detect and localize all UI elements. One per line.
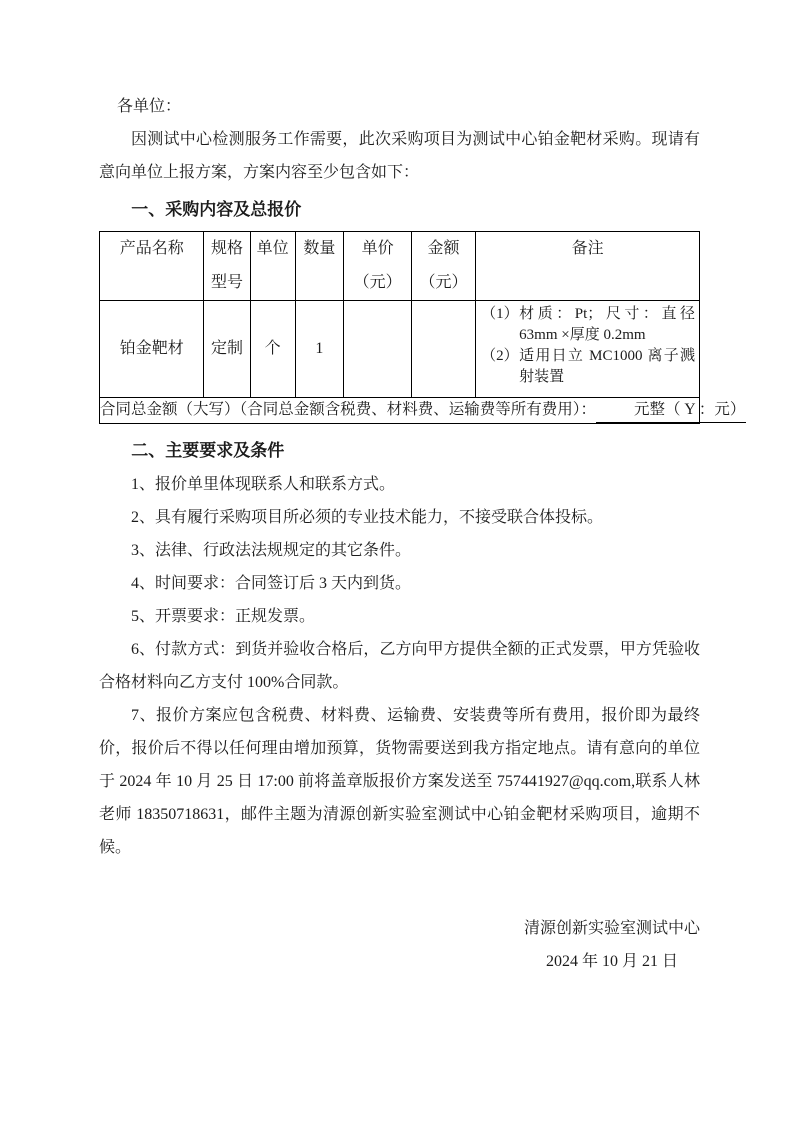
header-spec-model: 规格 型号 [204, 232, 250, 301]
header-unit: 单位 [250, 232, 295, 301]
contract-total-label: 合同总金额（大写）（合同总金额含税费、材料费、运输费等所有费用）： [100, 401, 596, 418]
cell-unit: 个 [250, 301, 295, 398]
cell-product-name: 铂金靶材 [100, 301, 204, 398]
intro-paragraph: 因测试中心检测服务工作需要，此次采购项目为测试中心铂金靶材采购。现请有意向单位上… [99, 123, 700, 189]
cell-spec-model: 定制 [204, 301, 250, 398]
requirement-item-1: 1、报价单里体现联系人和联系方式。 [99, 468, 700, 501]
requirement-item-7: 7、报价方案应包含税费、材料费、运输费、安装费等所有费用，报价即为最终价，报价后… [99, 699, 700, 864]
requirement-item-6: 6、付款方式：到货并验收合格后，乙方向甲方提供全额的正式发票，甲方凭验收合格材料… [99, 633, 700, 699]
document-page: 各单位： 因测试中心检测服务工作需要，此次采购项目为测试中心铂金靶材采购。现请有… [0, 0, 793, 1122]
remark-item-1: （1）材质：Pt；尺寸：直径 63mm ×厚度 0.2mm [481, 304, 695, 346]
remark-marker-2: （2） [481, 346, 519, 367]
cell-quantity: 1 [295, 301, 344, 398]
requirement-item-2: 2、具有履行采购项目所必须的专业技术能力，不接受联合体投标。 [99, 501, 700, 534]
header-remark: 备注 [476, 232, 700, 301]
requirement-item-4: 4、时间要求：合同签订后 3 天内到货。 [99, 567, 700, 600]
requirement-item-5: 5、开票要求：正规发票。 [99, 600, 700, 633]
requirements-list: 1、报价单里体现联系人和联系方式。 2、具有履行采购项目所必须的专业技术能力，不… [99, 468, 700, 864]
contract-total-blank-value: 元整（ Y ：元） [596, 398, 746, 423]
header-quantity: 数量 [295, 232, 344, 301]
signature-inner: 清源创新实验室测试中心 2024 年 10 月 21 日 [524, 912, 700, 978]
contract-total-cell: 合同总金额（大写）（合同总金额含税费、材料费、运输费等所有费用）：元整（ Y ：… [100, 398, 700, 424]
contract-total-row: 合同总金额（大写）（合同总金额含税费、材料费、运输费等所有费用）：元整（ Y ：… [100, 398, 700, 424]
salutation: 各单位： [99, 90, 700, 123]
section2-heading: 二、主要要求及条件 [99, 436, 700, 466]
header-product-name: 产品名称 [100, 232, 204, 301]
section1-heading: 一、采购内容及总报价 [99, 195, 700, 225]
signature-org: 清源创新实验室测试中心 [524, 912, 700, 945]
signature-date: 2024 年 10 月 21 日 [524, 945, 700, 978]
cell-amount [411, 301, 475, 398]
remark-item-2: （2）适用日立 MC1000 离子溅射装置 [481, 346, 695, 388]
header-amount: 金额 （元） [411, 232, 475, 301]
remark-text-1: 材质：Pt；尺寸：直径 63mm ×厚度 0.2mm [519, 306, 695, 343]
signature-block: 清源创新实验室测试中心 2024 年 10 月 21 日 [99, 912, 700, 978]
header-unit-price: 单价 （元） [344, 232, 412, 301]
cell-remark: （1）材质：Pt；尺寸：直径 63mm ×厚度 0.2mm （2）适用日立 MC… [476, 301, 700, 398]
remark-text-2: 适用日立 MC1000 离子溅射装置 [519, 348, 695, 385]
procurement-table: 产品名称 规格 型号 单位 数量 单价 （元） 金额 （元） [99, 231, 700, 424]
table-header-row: 产品名称 规格 型号 单位 数量 单价 （元） 金额 （元） [100, 232, 700, 301]
cell-unit-price [344, 301, 412, 398]
table-row: 铂金靶材 定制 个 1 （1）材质：Pt；尺寸：直径 63mm ×厚度 0.2m… [100, 301, 700, 398]
requirement-item-3: 3、法律、行政法法规规定的其它条件。 [99, 534, 700, 567]
remark-marker-1: （1） [481, 304, 519, 325]
